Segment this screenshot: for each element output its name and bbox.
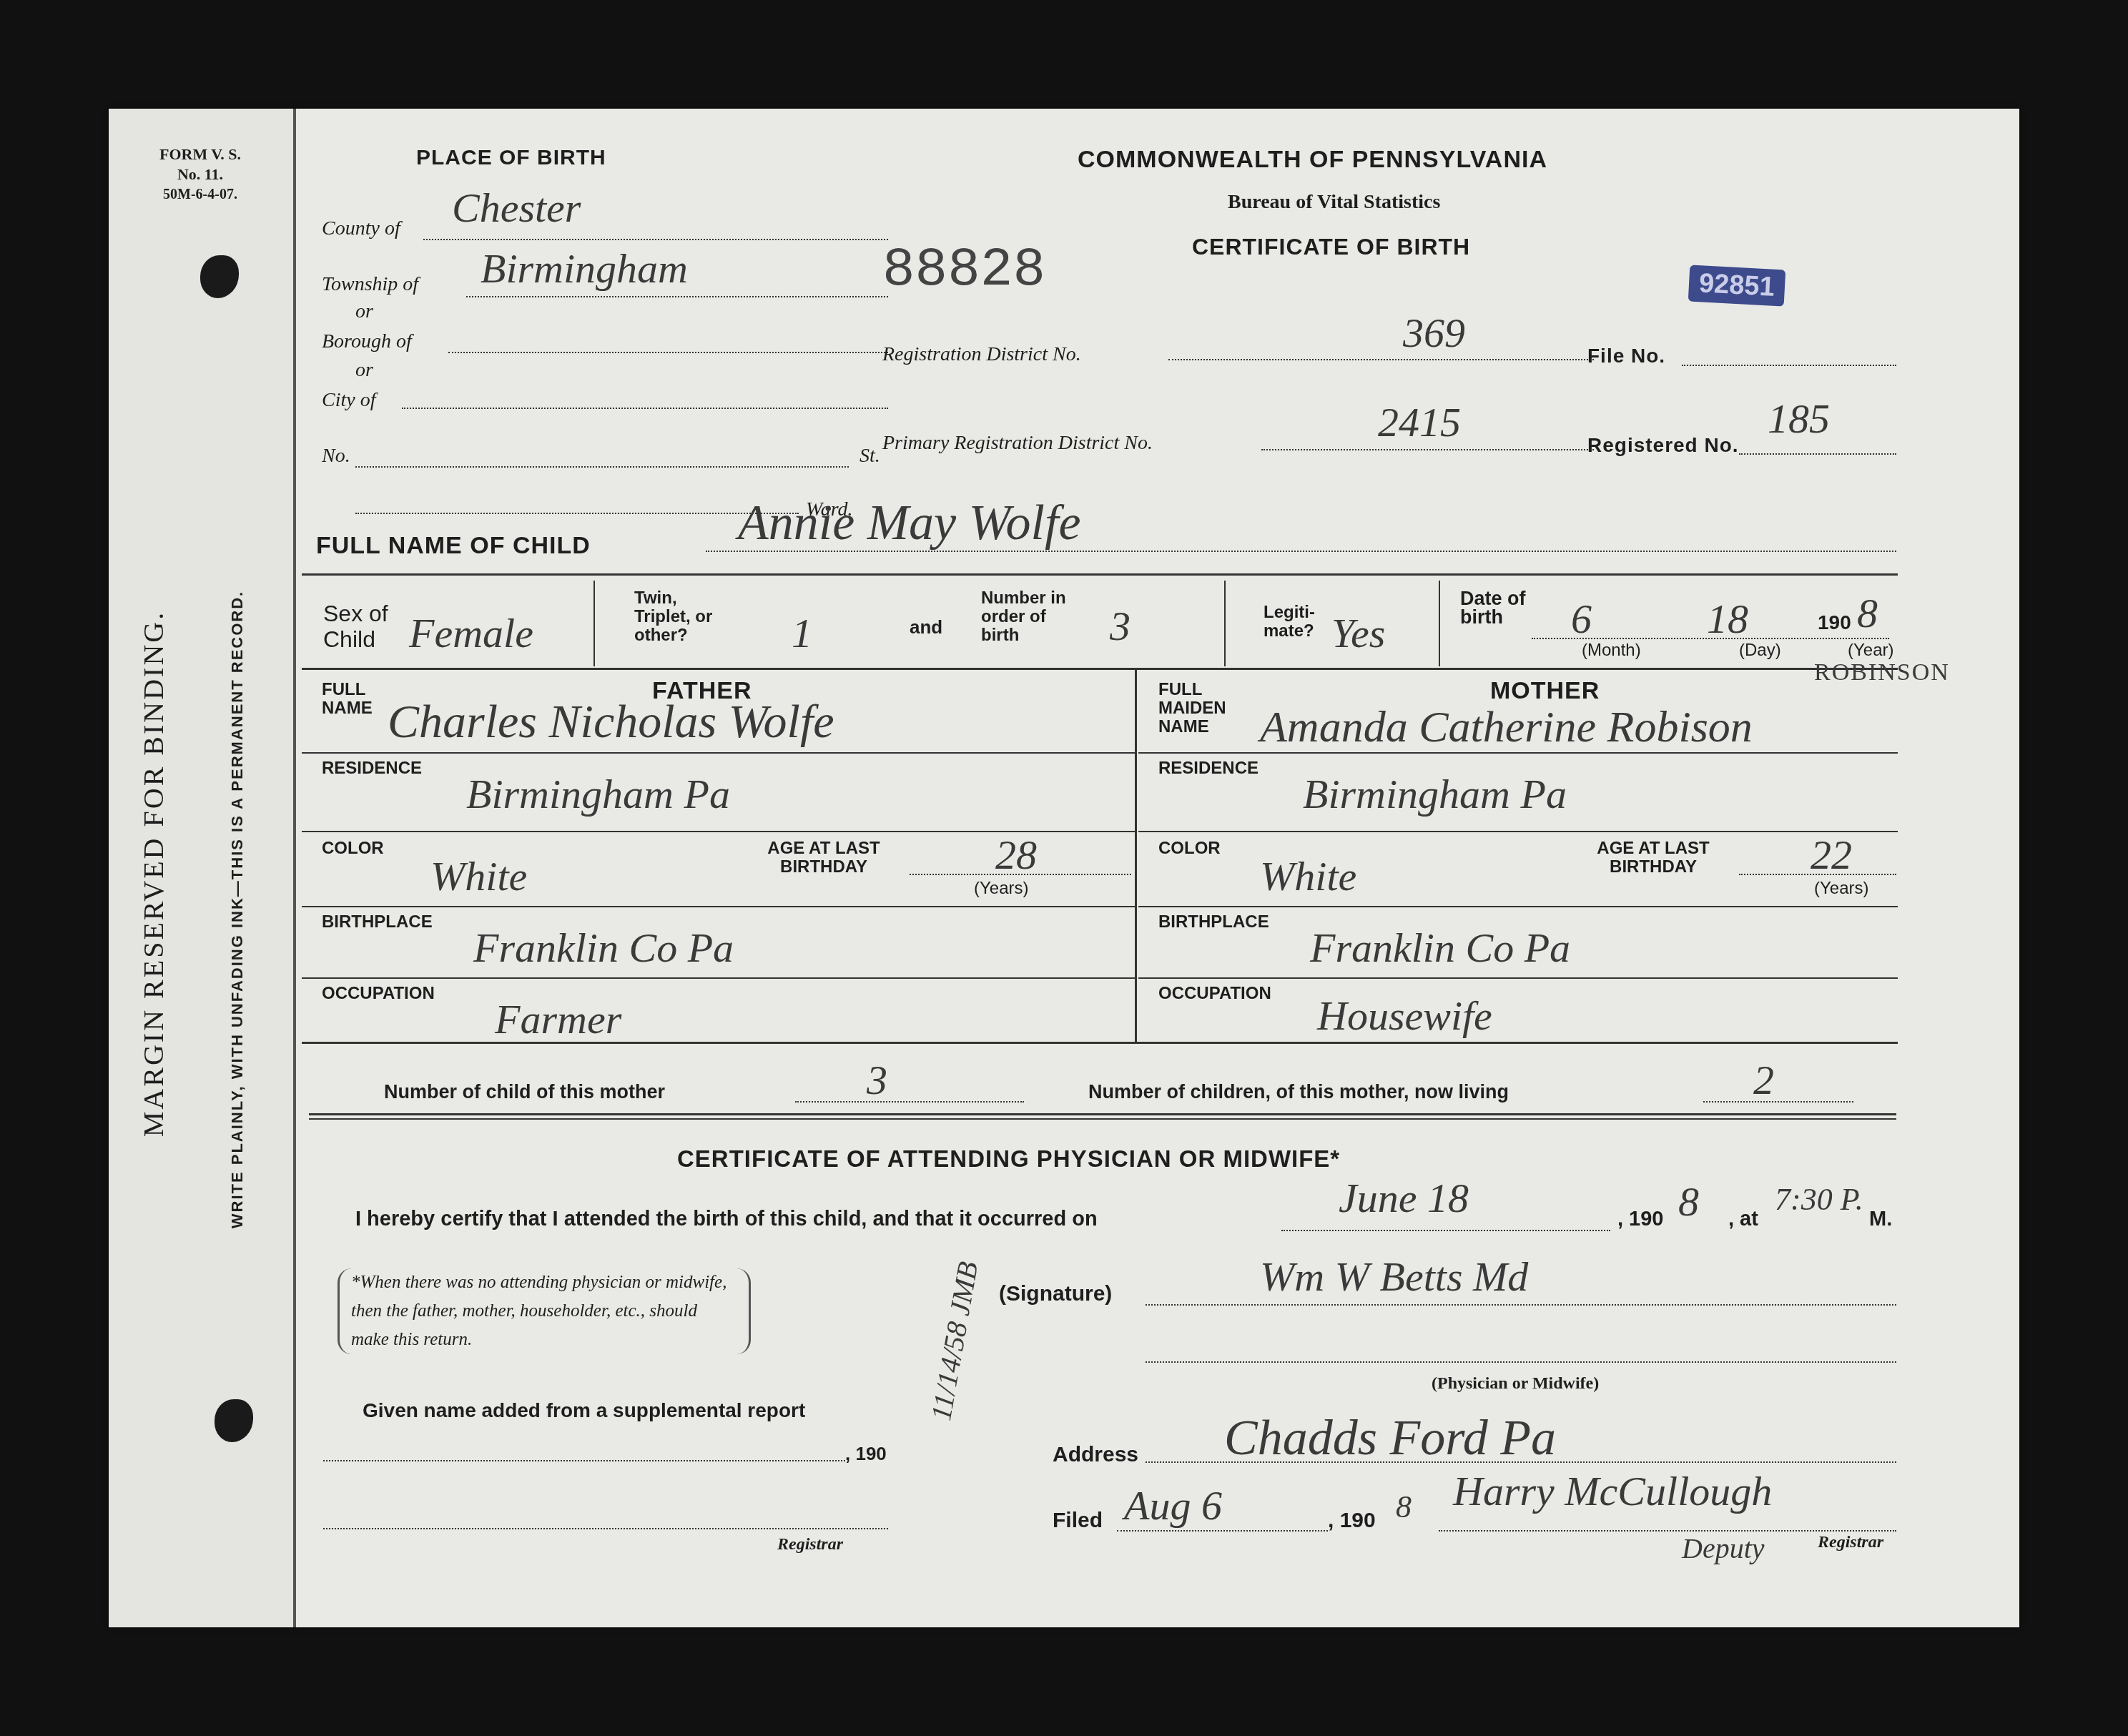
mother-years-caption: (Years) [1814, 879, 1868, 898]
child-number-value: 3 [867, 1056, 887, 1104]
registered-no-value: 185 [1768, 395, 1830, 443]
form-number: No. 11. [129, 164, 272, 184]
county-label: County of [322, 217, 400, 240]
township-value: Birmingham [481, 245, 688, 292]
child-number-label: Number of child of this mother [384, 1082, 665, 1101]
mother-residence-label: RESIDENCE [1158, 759, 1258, 778]
registered-no-line [1739, 453, 1896, 455]
year-caption: (Year) [1848, 641, 1893, 660]
month-caption: (Month) [1582, 641, 1641, 660]
day-caption: (Day) [1739, 641, 1781, 660]
living-line [1703, 1101, 1853, 1103]
father-years-caption: (Years) [974, 879, 1028, 898]
signature-label: (Signature) [999, 1285, 1112, 1303]
mother-birthplace-label: BIRTHPLACE [1158, 913, 1269, 932]
deputy-note: Deputy [1682, 1532, 1765, 1565]
birth-year-prefix: , 190 [1617, 1210, 1664, 1228]
form-id: FORM V. S. No. 11. 50M-6-4-07. [129, 144, 272, 204]
filed-year-suffix: 8 [1396, 1489, 1412, 1525]
father-name-value: Charles Nicholas Wolfe [388, 695, 834, 749]
dob-month: 6 [1571, 595, 1592, 643]
row-line [1138, 831, 1898, 832]
father-color-value: White [430, 852, 527, 900]
mother-birthplace-value: Franklin Co Pa [1310, 924, 1570, 972]
borough-line [448, 352, 888, 353]
supplemental-label: Given name added from a supplemental rep… [363, 1401, 805, 1420]
footnote: *When there was no attending physician o… [338, 1268, 751, 1354]
child-name-value: Annie May Wolfe [738, 495, 1081, 552]
form-line: FORM V. S. [129, 144, 272, 164]
birth-time-value: 7:30 P. [1775, 1181, 1863, 1218]
form-print-code: 50M-6-4-07. [129, 184, 272, 204]
twin-label: Twin, Triplet, or other? [634, 589, 727, 645]
dob-year-suffix: 8 [1857, 589, 1878, 637]
file-no-label: File No. [1587, 345, 1665, 368]
and-label: and [910, 618, 942, 636]
birth-date-line [1281, 1230, 1610, 1231]
city-label: City of [322, 389, 375, 412]
row-line [302, 906, 1135, 907]
certificate-title: CERTIFICATE OF BIRTH [1192, 234, 1470, 260]
mother-color-value: White [1260, 852, 1356, 900]
row-line [1138, 977, 1898, 979]
m-label: M. [1869, 1210, 1892, 1228]
binding-margin: FORM V. S. No. 11. 50M-6-4-07. MARGIN RE… [109, 109, 296, 1627]
state-heading: COMMONWEALTH OF PENNSYLVANIA [1078, 146, 1547, 174]
or-label: or [355, 359, 373, 382]
divider [302, 668, 1898, 670]
supplemental-note: 11/14/58 JMB [924, 1259, 985, 1424]
signature-line [1146, 1304, 1896, 1306]
row-line [1138, 752, 1898, 754]
registrar-caption: Registrar [777, 1535, 843, 1554]
birth-date-value: June 18 [1339, 1174, 1469, 1222]
divider [1439, 581, 1440, 666]
child-name-label: FULL NAME OF CHILD [316, 532, 591, 560]
mother-heading: MOTHER [1490, 677, 1600, 705]
sex-label-line: Sex of [323, 601, 388, 626]
dob-day: 18 [1707, 595, 1748, 643]
filed-date: Aug 6 [1124, 1481, 1222, 1529]
column-divider [1135, 670, 1137, 1042]
county-line [423, 239, 888, 240]
mother-color-label: COLOR [1158, 839, 1221, 858]
punch-hole [200, 255, 239, 298]
borough-label: Borough of [322, 330, 412, 353]
file-no-line [1682, 365, 1896, 366]
serial-number: 88828 [882, 240, 1045, 301]
township-label: Township of [322, 273, 418, 296]
or-label: or [355, 300, 373, 323]
mother-age-label: AGE AT LAST BIRTHDAY [1567, 839, 1739, 877]
divider [309, 1113, 1896, 1115]
physician-address: Chadds Ford Pa [1224, 1410, 1556, 1467]
registered-no-label: Registered No. [1587, 434, 1739, 457]
father-age-value: 28 [995, 831, 1037, 879]
address-line [1146, 1461, 1896, 1463]
ward-line [355, 513, 799, 514]
registration-district-value: 369 [1403, 309, 1465, 357]
place-of-birth-heading: PLACE OF BIRTH [416, 146, 606, 170]
mother-name-annotation: ROBINSON [1814, 659, 1950, 686]
ink-notice: WRITE PLAINLY, WITH UNFADING INK—THIS IS… [228, 591, 247, 1228]
street-line [355, 466, 849, 468]
birth-order-label: Number in order of birth [981, 589, 1067, 645]
row-line [1138, 906, 1898, 907]
registrar-line [323, 1528, 888, 1529]
sex-value: Female [409, 609, 533, 657]
father-birthplace-value: Franklin Co Pa [473, 924, 734, 972]
county-value: Chester [452, 184, 581, 232]
father-color-label: COLOR [322, 839, 384, 858]
birth-order-value: 3 [1110, 602, 1130, 650]
registration-district-line [1168, 359, 1594, 360]
mother-name-value: Amanda Catherine Robison [1260, 702, 1753, 753]
registrar-caption-2: Registrar [1818, 1533, 1883, 1552]
father-age-line [910, 874, 1131, 875]
father-residence-value: Birmingham Pa [466, 770, 730, 818]
father-age-label: AGE AT LAST BIRTHDAY [738, 839, 910, 877]
child-number-line [795, 1101, 1024, 1103]
filed-year-prefix: , 190 [1328, 1511, 1376, 1530]
legitimate-label: Legiti- mate? [1263, 603, 1328, 641]
street-no-label: No. [322, 445, 350, 468]
living-label: Number of children, of this mother, now … [1088, 1082, 1509, 1101]
twin-value: 1 [792, 609, 812, 657]
township-line [466, 296, 888, 297]
divider [302, 1042, 1898, 1044]
mother-age-value: 22 [1811, 831, 1852, 879]
mother-age-line [1739, 874, 1896, 875]
primary-district-value: 2415 [1378, 398, 1461, 446]
certify-text: I hereby certify that I attended the bir… [355, 1210, 1098, 1228]
filed-label: Filed [1053, 1511, 1103, 1530]
mother-residence-value: Birmingham Pa [1303, 770, 1567, 818]
father-residence-label: RESIDENCE [322, 759, 422, 778]
father-occupation-label: OCCUPATION [322, 985, 435, 1003]
registration-district-label: Registration District No. [882, 343, 1081, 366]
divider [593, 581, 595, 666]
physician-signature: Wm W Betts Md [1260, 1253, 1528, 1301]
street-label: St. [859, 445, 880, 468]
mother-occupation-value: Housewife [1317, 992, 1492, 1040]
dob-label: Date of birth [1460, 589, 1546, 626]
city-line [402, 408, 888, 409]
sex-label: Sex of Child [323, 601, 388, 652]
supplemental-year: , 190 [845, 1444, 887, 1463]
father-occupation-value: Farmer [495, 995, 621, 1043]
registrar-signature-line [1439, 1530, 1896, 1532]
punch-hole [215, 1399, 253, 1442]
signature-line-2 [1146, 1361, 1896, 1363]
dob-line [1532, 638, 1889, 639]
legitimate-value: Yes [1331, 609, 1385, 657]
birth-certificate: FORM V. S. No. 11. 50M-6-4-07. MARGIN RE… [109, 109, 2019, 1627]
address-label: Address [1053, 1446, 1138, 1464]
physician-heading: CERTIFICATE OF ATTENDING PHYSICIAN OR MI… [677, 1145, 1340, 1173]
binding-notice: MARGIN RESERVED FOR BINDING. [137, 611, 170, 1137]
living-value: 2 [1753, 1056, 1774, 1104]
divider [302, 573, 1898, 576]
primary-district-label: Primary Registration District No. [882, 432, 1153, 455]
role-caption: (Physician or Midwife) [1432, 1374, 1599, 1393]
father-name-label: FULL NAME [322, 681, 379, 718]
dob-year-prefix: 190 [1818, 613, 1851, 632]
divider [309, 1118, 1896, 1120]
row-line [302, 752, 1135, 754]
row-line [302, 977, 1135, 979]
registrar-signature: Harry McCullough [1453, 1467, 1772, 1515]
father-birthplace-label: BIRTHPLACE [322, 913, 433, 932]
file-stamp: 92851 [1688, 265, 1785, 307]
sex-label-line: Child [323, 626, 388, 652]
supplemental-line [323, 1460, 845, 1461]
birth-year-suffix: 8 [1678, 1178, 1699, 1225]
child-name-line [706, 551, 1896, 552]
divider [1224, 581, 1226, 666]
filed-line [1117, 1530, 1328, 1532]
at-label: , at [1728, 1210, 1758, 1228]
mother-occupation-label: OCCUPATION [1158, 985, 1271, 1003]
mother-name-label: FULL MAIDEN NAME [1158, 681, 1230, 736]
primary-district-line [1261, 449, 1594, 450]
bureau-heading: Bureau of Vital Statistics [1228, 191, 1440, 214]
